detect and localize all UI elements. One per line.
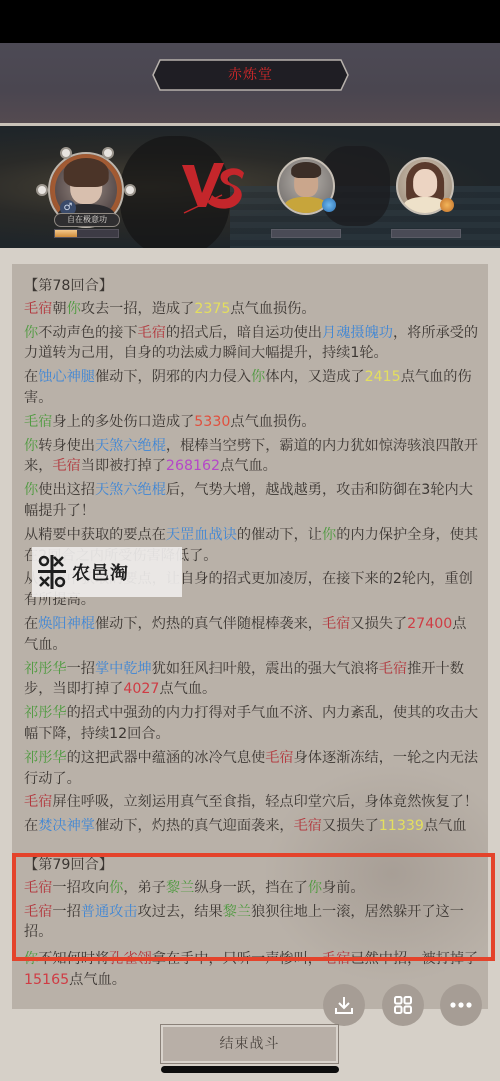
vs-icon (178, 155, 248, 215)
enemy-2-bar (391, 229, 461, 238)
watermark-text: 农邑淘 (72, 559, 129, 585)
log-entry: 毛宿屏住呼吸，立刻运用真气至食指，轻点印堂穴后，身体竟然恢复了！ (24, 792, 479, 813)
log-entry: 在蚀心神腿催动下，阴邪的内力侵入你体内，又造成了2415点气血的伤害。 (24, 367, 479, 409)
download-icon (334, 995, 354, 1015)
log-entry: 你不知何时将孔雀翎拿在手中，只听一声惨叫，毛宿已然中招，被打掉了15165点气血… (24, 949, 479, 991)
log-entry: 毛宿一招普通攻击攻过去，结果黎兰狼狈往地上一滚，居然躲开了这一招。 (24, 902, 479, 944)
enemy-1-bar (271, 229, 341, 238)
more-icon (450, 1001, 472, 1009)
grid-icon (393, 995, 413, 1015)
log-entry: 毛宿朝你攻去一招，造成了2375点气血损伤。 (24, 299, 479, 320)
home-indicator[interactable] (161, 1066, 339, 1073)
end-battle-button[interactable]: 结束战斗 (161, 1025, 338, 1063)
log-entry: 祁彤华的招式中强劲的内力打得对手气血不济、内力紊乱，使其的攻击大幅下降，持续12… (24, 703, 479, 745)
meridian-node-icon (60, 147, 72, 159)
title-plate: 赤炼堂 (152, 59, 349, 91)
watermark: 农邑淘 (32, 547, 182, 597)
log-entry: 祁彤华的这把武器中蕴涵的冰冷气息使毛宿身体逐渐冻结，一轮之内无法行动了。 (24, 748, 479, 790)
round-header: 【第78回合】 (24, 276, 479, 297)
page-title: 赤炼堂 (152, 59, 349, 91)
fire-element-icon (440, 198, 454, 212)
player-energy-bar (54, 229, 119, 238)
log-entry: 你转身使出天煞六绝棍，棍棒当空劈下，霸道的内力犹如惊涛骇浪四散开来，毛宿当即被打… (24, 436, 479, 478)
player-energy-fill (55, 230, 77, 237)
meridian-node-icon (102, 147, 114, 159)
log-entry: 你使出这招天煞六绝棍后，气势大增，越战越勇，攻击和防御在3轮内大幅提升了！ (24, 480, 479, 522)
status-bar (0, 0, 500, 43)
grid-button[interactable] (382, 984, 424, 1026)
meridian-node-icon (124, 184, 136, 196)
meridian-node-icon (36, 184, 48, 196)
download-button[interactable] (323, 984, 365, 1026)
log-entry: 在焕阳神棍催动下，灼热的真气伴随棍棒袭来，毛宿又损失了27400点气血。 (24, 614, 479, 656)
log-entry: 在焚决神掌催动下，灼热的真气迎面袭来，毛宿又损失了11339点气血 (24, 816, 479, 837)
watermark-logo-icon (38, 555, 66, 589)
log-entry: 毛宿身上的多处伤口造成了5330点气血损伤。 (24, 412, 479, 433)
battle-log-content: 【第78回合】毛宿朝你攻去一招，造成了2375点气血损伤。你不动声色的接下毛宿的… (24, 276, 479, 994)
log-entry: 毛宿一招攻向你，弟子黎兰纵身一跃，挡在了你身前。 (24, 878, 479, 899)
water-element-icon (322, 198, 336, 212)
log-entry: 祁彤华一招掌中乾坤犹如狂风扫叶般，震出的强大气浪将毛宿推开十数步，当即打掉了40… (24, 659, 479, 701)
more-button[interactable] (440, 984, 482, 1026)
player-skill-label: 自在极意功 (54, 213, 120, 227)
battle-log-container: 【第78回合】毛宿朝你攻去一招，造成了2375点气血损伤。你不动声色的接下毛宿的… (0, 248, 500, 1081)
log-entry: 你不动声色的接下毛宿的招式后，暗自运功使出月魂摄魄功，将所承受的力道转为己用，自… (24, 323, 479, 365)
battle-log[interactable]: 【第78回合】毛宿朝你攻去一招，造成了2375点气血损伤。你不动声色的接下毛宿的… (12, 264, 488, 1009)
round-header: 【第79回合】 (24, 855, 479, 876)
